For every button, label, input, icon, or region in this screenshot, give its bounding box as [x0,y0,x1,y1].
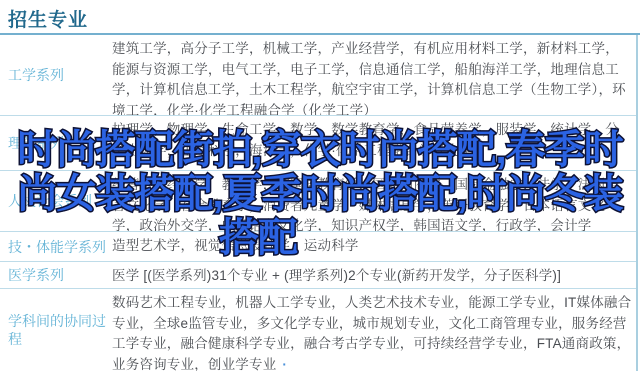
watermark-line: 时尚搭配街拍,穿衣时尚搭配,春季时 [0,128,640,172]
table-row-engineering: 工学系列 建筑工学，高分子工学，机械工学，产业经营学，有机应用材料工学，新材料工… [0,35,636,116]
watermark-overlay: 时尚搭配街拍,穿衣时尚搭配,春季时 尚女装搭配,夏季时尚搭配,时尚冬装 搭配 [0,128,640,260]
row-content: 医学 [(医学系列)31个专业 + (理学系列)2个专业(新药开发学，分子医科学… [112,262,636,288]
row-content: 数码艺术工程专业，机器人工学专业，人类艺术技术专业，能源工学专业，IT媒体融合专… [112,289,636,371]
watermark-line: 尚女装搭配,夏季时尚搭配,时尚冬装 [0,172,640,216]
watermark-line: 搭配 [0,216,578,260]
row-label: 工学系列 [0,66,112,84]
table-row-interdisciplinary: 学科间的协同过程 数码艺术工程专业，机器人工学专业，人类艺术技术专业，能源工学专… [0,289,636,371]
table-row-medicine: 医学系列 医学 [(医学系列)31个专业 + (理学系列)2个专业(新药开发学，… [0,262,636,289]
trailing-dot: · [276,357,287,371]
row-content: 建筑工学，高分子工学，机械工学，产业经营学，有机应用材料工学，新材料工学，能源与… [112,35,636,115]
row-label: 学科间的协同过程 [0,312,112,348]
row-label: 医学系列 [0,266,112,284]
row-content-text: 数码艺术工程专业，机器人工学专业，人类艺术技术专业，能源工学专业，IT媒体融合专… [112,295,631,371]
page-title: 招生专业 [8,5,88,32]
